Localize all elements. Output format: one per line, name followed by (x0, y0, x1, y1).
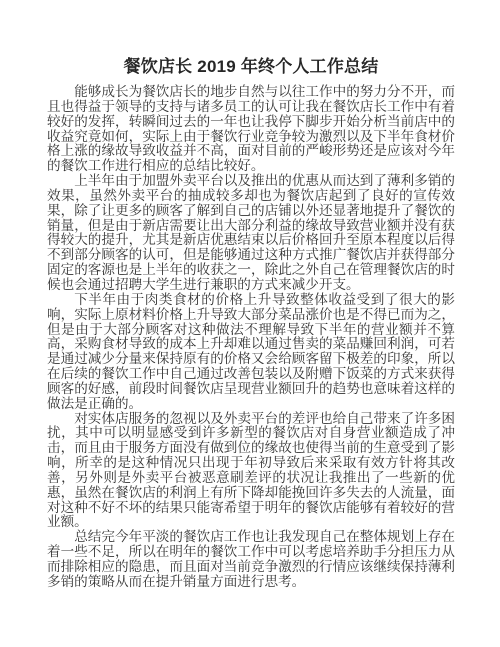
paragraph-second-half-year: 下半年由于肉类食材的价格上升导致整体收益受到了很大的影响，实际上原材料价格上升导… (47, 293, 455, 412)
paragraph-first-half-year: 上半年由于加盟外卖平台以及推出的优惠从而达到了薄利多销的效果，虽然外卖平台的抽成… (47, 174, 455, 293)
document-body: 能够成长为餐饮店长的地步自然与以往工作中的努力分不开，而且也得益于领导的支持与诸… (47, 85, 455, 590)
paragraph-problems: 对实体店服务的忽视以及外卖平台的差评也给自己带来了许多困扰，其中可以明显感受到许… (47, 412, 455, 531)
document-title: 餐饮店长 2019 年终个人工作总结 (47, 56, 455, 78)
paragraph-conclusion: 总结完今年平淡的餐饮店工作也让我发现自己在整体规划上存在着一些不足，所以在明年的… (47, 530, 455, 589)
paragraph-intro: 能够成长为餐饮店长的地步自然与以往工作中的努力分不开，而且也得益于领导的支持与诸… (47, 85, 455, 174)
document-page: 餐饮店长 2019 年终个人工作总结 能够成长为餐饮店长的地步自然与以往工作中的… (0, 0, 500, 647)
